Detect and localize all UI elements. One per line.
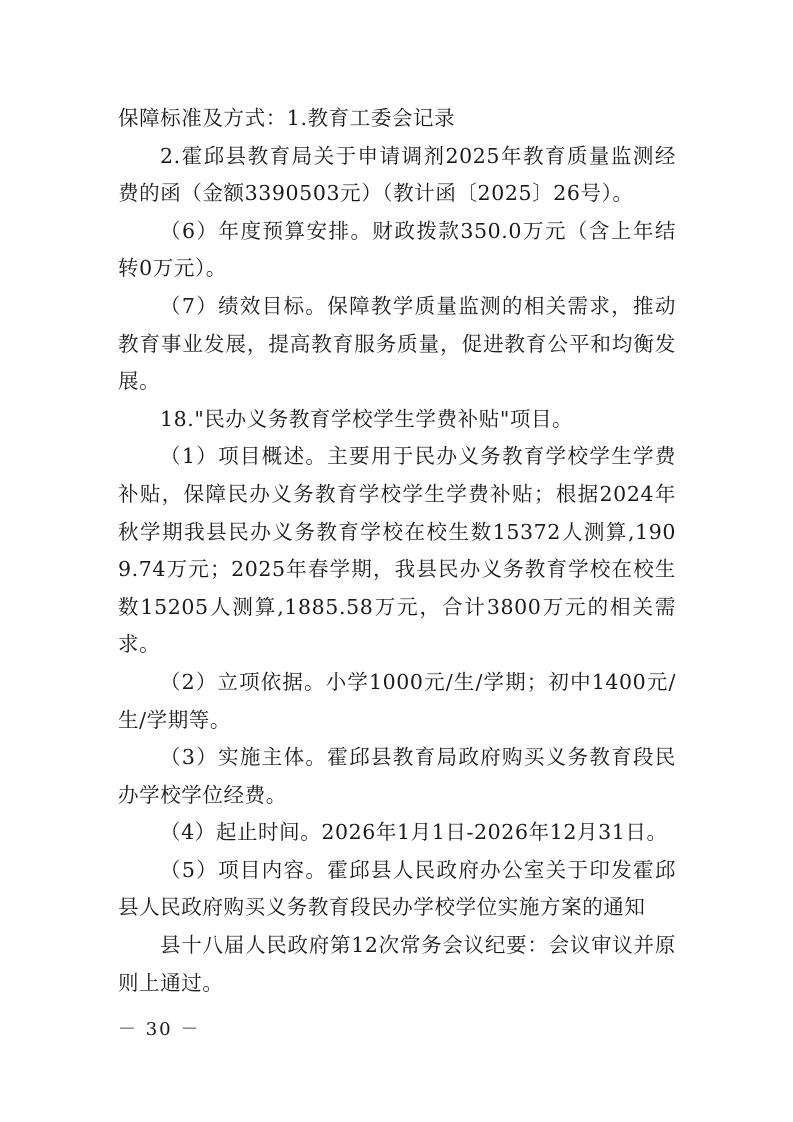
paragraph-guarantee-standard: 保障标准及方式：1.教育工委会记录 <box>118 100 676 138</box>
paragraph-implementing-body: （3）实施主体。霍邱县教育局政府购买义务教育段民办学校学位经费。 <box>118 739 676 814</box>
paragraph-meeting-minutes: 县十八届人民政府第12次常务会议纪要：会议审议并原则上通过。 <box>118 927 676 1002</box>
paragraph-project-overview: （1）项目概述。主要用于民办义务教育学校学生学费补贴，保障民办义务教育学校学生学… <box>118 438 676 664</box>
paragraph-project-basis: （2）立项依据。小学1000元/生/学期；初中1400元/生/学期等。 <box>118 664 676 739</box>
paragraph-project-content: （5）项目内容。霍邱县人民政府办公室关于印发霍邱县人民政府购买义务教育段民办学校… <box>118 852 676 927</box>
page-number: － 30 － <box>118 1015 200 1041</box>
document-body: 保障标准及方式：1.教育工委会记录 2.霍邱县教育局关于申请调剂2025年教育质… <box>118 100 676 1002</box>
paragraph-budget-adjustment-letter: 2.霍邱县教育局关于申请调剂2025年教育质量监测经费的函（金额3390503元… <box>118 138 676 213</box>
paragraph-performance-goal: （7）绩效目标。保障教学质量监测的相关需求，推动教育事业发展，提高教育服务质量，… <box>118 288 676 401</box>
paragraph-annual-budget: （6）年度预算安排。财政拨款350.0万元（含上年结转0万元）。 <box>118 213 676 288</box>
paragraph-duration: （4）起止时间。2026年1月1日-2026年12月31日。 <box>118 814 676 852</box>
section-heading-project-18: 18."民办义务教育学校学生学费补贴"项目。 <box>118 401 676 439</box>
